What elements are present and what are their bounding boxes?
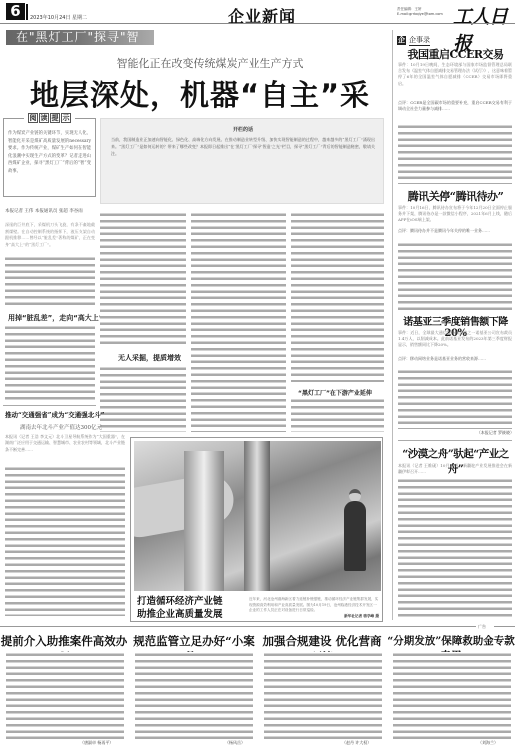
photo-caption: 近年来，河北沧州渤海新区着力延链补链强链，推动循环经济产业链集群发展，实现资源高… [249,597,379,619]
ad-divider [0,626,476,627]
byline: 本报记者 王伟 本报通讯员 张超 李谷雨 [5,208,83,214]
page-number: 6 [6,3,25,20]
brief-comment: 点评：腾讯待办并不是腾讯今年关停的唯一业务…… [398,228,512,234]
caption-title-line: 助推企业高质量发展 [137,608,223,621]
ad-divider-right [494,626,515,627]
brief-event: 事件：10月16日，腾讯待办宣布将于今年12月20日全面停止服务并下架，腾讯待办… [398,205,512,224]
lead-body-col2b [100,366,186,432]
bottom-article-body [6,652,124,740]
brief-comment: 点评：CCER是全国碳市场的重要补充，重启CCER交易有利于调动全社会力量参与减… [398,100,512,112]
brief-headline: 腾讯关停“腾讯待办” [398,188,513,204]
lead-subhead-2: 无人采掘，提质增效 [118,353,181,363]
side-story-body: 本报讯（记者 王浩 李文元）北斗卫星导航系统作为“大国重器”，在湖南广泛应用于交… [5,434,125,453]
column-intro-title: 开栏的话 [101,126,385,133]
guide-char: 提 [50,113,60,123]
reading-guide-title: 阅 读 提 示 [24,113,75,123]
right-column-divider [392,30,393,620]
caption-title-line: 打造循环经济产业链 [137,595,223,608]
corner-tag: 企 企事录 [397,35,430,46]
corner-label: 企事录 [409,35,430,46]
brief-event: 事件：近日，全球最大通信设备制造商之一诺基亚公司宣布裁员1.4万人，以削减成本。… [398,330,512,349]
brief-rule [398,440,512,441]
brief-body [398,478,512,618]
brief-body [398,242,512,310]
ad-tag: 广告 [478,624,486,630]
bottom-article-body [264,652,382,740]
bottom-article-credit: （刘海兰） [478,740,498,746]
side-story-body-cont [5,466,125,616]
bottom-article-body [135,652,253,740]
bottom-article-credit: （赵丹 许大权） [342,740,371,746]
lead-subhead-3: “黑灯工厂”在下游产业延伸 [298,388,372,397]
corner-icon: 企 [397,36,406,45]
side-story-subhead: 湖南去年北斗产业产值达300亿元 [20,423,102,431]
photo-column [244,441,270,591]
photo-worker [344,501,366,571]
lead-body-intro: 深邃的巨井底下，采煤机刀头飞旋，有条不紊地截割煤壁。在自动控制系统的指挥下，液压… [5,222,95,248]
side-story-headline: 推动“交通强省”成为“交通强北斗” [5,410,125,419]
bottom-article-credit: （杨风岳） [225,740,245,746]
lead-body-col4 [291,212,384,382]
lead-subhead-1: 用掉“脏乱差”，走向“高大上” [8,313,103,323]
guide-char: 读 [39,113,49,123]
column-intro-text: 当前，我国制造业正加速向智能化、绿色化、高端化方向发展。在推动制造业转型升级、加… [111,136,375,157]
masthead-rule [0,23,515,24]
brief-credit: （本报记者 罗筱晓） [460,430,514,436]
photo-caption-title: 打造循环经济产业链 助推企业高质量发展 [137,595,223,621]
lead-body-col3 [191,212,286,432]
reading-guide-text: 作为煤炭产业链的关键环节，实现无人化、智能化开采是煤矿高质量发展的necessa… [8,130,91,175]
lead-body-col1b [5,325,95,400]
lead-body-col4b [291,398,384,432]
bottom-article-body [393,652,511,740]
brief-event: 本报讯（记者 王维砚）10月20日，新疆驼产业发展推进会在新疆伊犁召开…… [398,463,512,475]
guide-char: 示 [61,113,71,123]
photo-credit: 新华社记者 骆学峰 摄 [249,614,379,620]
photo-valve [184,451,224,591]
column-intro-box: 开栏的话 当前，我国制造业正加速向智能化、绿色化、高端化方向发展。在推动制造业转… [100,118,384,204]
industrial-photo [134,441,381,591]
brief-body [398,124,512,184]
news-photo-frame: 打造循环经济产业链 助推企业高质量发展 近年来，河北沧州渤海新区着力延链补链强链… [130,437,383,622]
brief-headline: 我国重启CCER交易 [398,46,513,62]
editor-info: 责任编辑：王妍 E-mail:grrbqiye@tom.com [397,7,443,17]
brief-comment: 点评：移动网络业务是诺基亚业务的营收来源…… [398,356,512,362]
side-story-rule [3,405,96,406]
caption-text: 近年来，河北沧州渤海新区着力延链补链强链，推动循环经济产业链集群发展，实现资源高… [249,597,378,612]
bottom-article-credit: （唐淑卓 杨再平） [80,740,113,746]
reading-guide-box: 作为煤炭产业链的关键环节，实现无人化、智能化开采是煤矿高质量发展的necessa… [3,118,96,197]
guide-char: 阅 [28,113,38,123]
issue-date: 2023年10月24日 星期二 [30,14,87,21]
series-banner: 在"黑灯工厂"探寻"智造"之光 [6,30,154,45]
brief-body [398,369,512,429]
lead-body-col1a [5,256,95,306]
lead-body-col2 [100,212,186,347]
page-number-divider [26,4,28,20]
lead-kicker: 智能化正在改变传统煤炭产业生产方式 [100,55,320,71]
brief-event: 事件：10月19日晚间，生态环境部与国家市场监督管理总局联合发布《温室气体自愿减… [398,62,512,87]
